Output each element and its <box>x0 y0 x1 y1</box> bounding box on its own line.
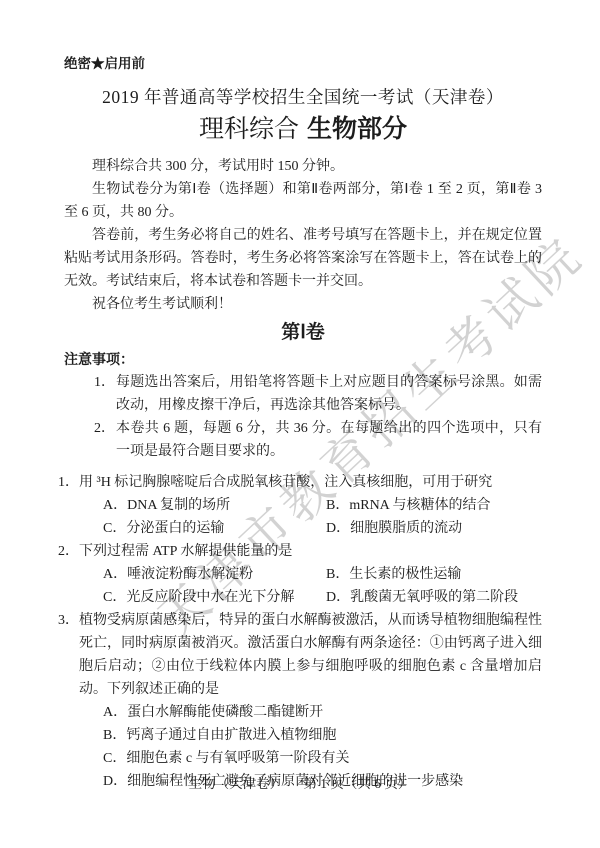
option-d: D．细胞膜脂质的流动 <box>326 517 542 540</box>
question-2: 2． 下列过程需 ATP 水解提供能量的是 A．唾液淀粉酶水解淀粉 B．生长素的… <box>58 540 542 609</box>
exam-paper-page: 天津市教育招生考试院 绝密★启用前 2019 年普通高等学校招生全国统一考试（天… <box>0 0 600 848</box>
question-number: 3． <box>58 609 79 793</box>
note-number: 1． <box>94 371 116 417</box>
question-body: 下列过程需 ATP 水解提供能量的是 A．唾液淀粉酶水解淀粉 B．生长素的极性运… <box>79 540 542 609</box>
note-number: 2． <box>94 417 116 463</box>
question-stem: 用 ³H 标记胸腺嘧啶后合成脱氧核苷酸，注入真核细胞，可用于研究 <box>79 471 542 494</box>
option-b: B．mRNA 与核糖体的结合 <box>326 494 542 517</box>
note-item: 2． 本卷共 6 题，每题 6 分，共 36 分。在每题给出的四个选项中，只有一… <box>94 417 542 463</box>
exam-title: 2019 年普通高等学校招生全国统一考试（天津卷） <box>64 84 542 110</box>
page-footer: 生物（天津卷） 第 1 页（共 6 页） <box>0 774 600 794</box>
subject-title-comprehensive: 理科综合 <box>199 116 299 143</box>
questions-section: 1． 用 ³H 标记胸腺嘧啶后合成脱氧核苷酸，注入真核细胞，可用于研究 A．DN… <box>64 471 542 793</box>
page-content: 绝密★启用前 2019 年普通高等学校招生全国统一考试（天津卷） 理科综合生物部… <box>0 0 600 793</box>
question-body: 植物受病原菌感染后，特异的蛋白水解酶被激活，从而诱导植物细胞编程性死亡，同时病原… <box>79 609 542 793</box>
option-c: C．分泌蛋白的运输 <box>103 517 326 540</box>
option-c: C．细胞色素 c 与有氧呼吸第一阶段有关 <box>103 747 542 770</box>
note-item: 1． 每题选出答案后，用铅笔将答题卡上对应题目的答案标号涂黑。如需改动，用橡皮擦… <box>94 371 542 417</box>
note-text: 每题选出答案后，用铅笔将答题卡上对应题目的答案标号涂黑。如需改动，用橡皮擦干净后… <box>116 371 542 417</box>
question-stem: 下列过程需 ATP 水解提供能量的是 <box>79 540 542 563</box>
section-heading: 第Ⅰ卷 <box>64 320 542 346</box>
note-text: 本卷共 6 题，每题 6 分，共 36 分。在每题给出的四个选项中，只有一项是最… <box>116 417 542 463</box>
option-a: A．蛋白水解酶能使磷酸二酯键断开 <box>103 701 542 724</box>
intro-section: 理科综合共 300 分，考试用时 150 分钟。 生物试卷分为第Ⅰ卷（选择题）和… <box>64 155 542 316</box>
option-b: B．生长素的极性运输 <box>326 563 542 586</box>
option-c: C．光反应阶段中水在光下分解 <box>103 586 326 609</box>
notes-list: 1． 每题选出答案后，用铅笔将答题卡上对应题目的答案标号涂黑。如需改动，用橡皮擦… <box>64 371 542 463</box>
option-d: D．乳酸菌无氧呼吸的第二阶段 <box>326 586 542 609</box>
question-stem: 植物受病原菌感染后，特异的蛋白水解酶被激活，从而诱导植物细胞编程性死亡，同时病原… <box>79 609 542 701</box>
option-grid: A．唾液淀粉酶水解淀粉 B．生长素的极性运输 C．光反应阶段中水在光下分解 D．… <box>103 563 542 609</box>
question-number: 1． <box>58 471 79 540</box>
option-b: B．钙离子通过自由扩散进入植物细胞 <box>103 724 542 747</box>
security-label: 绝密★启用前 <box>64 54 542 74</box>
question-body: 用 ³H 标记胸腺嘧啶后合成脱氧核苷酸，注入真核细胞，可用于研究 A．DNA 复… <box>79 471 542 540</box>
intro-paragraph: 生物试卷分为第Ⅰ卷（选择题）和第Ⅱ卷两部分，第Ⅰ卷 1 至 2 页，第Ⅱ卷 3 … <box>64 178 542 224</box>
question-number: 2． <box>58 540 79 609</box>
question-1: 1． 用 ³H 标记胸腺嘧啶后合成脱氧核苷酸，注入真核细胞，可用于研究 A．DN… <box>58 471 542 540</box>
intro-paragraph: 理科综合共 300 分，考试用时 150 分钟。 <box>64 155 542 178</box>
subject-title-part: 生物部分 <box>307 115 407 143</box>
question-3: 3． 植物受病原菌感染后，特异的蛋白水解酶被激活，从而诱导植物细胞编程性死亡，同… <box>58 609 542 793</box>
intro-paragraph: 答卷前，考生务必将自己的姓名、准考号填写在答题卡上，并在规定位置粘贴考试用条形码… <box>64 224 542 293</box>
option-grid: A．DNA 复制的场所 B．mRNA 与核糖体的结合 C．分泌蛋白的运输 D．细… <box>103 494 542 540</box>
subject-title: 理科综合生物部分 <box>64 112 542 147</box>
notes-heading: 注意事项： <box>64 348 542 371</box>
option-a: A．DNA 复制的场所 <box>103 494 326 517</box>
intro-paragraph: 祝各位考生考试顺利！ <box>64 293 542 316</box>
option-a: A．唾液淀粉酶水解淀粉 <box>103 563 326 586</box>
